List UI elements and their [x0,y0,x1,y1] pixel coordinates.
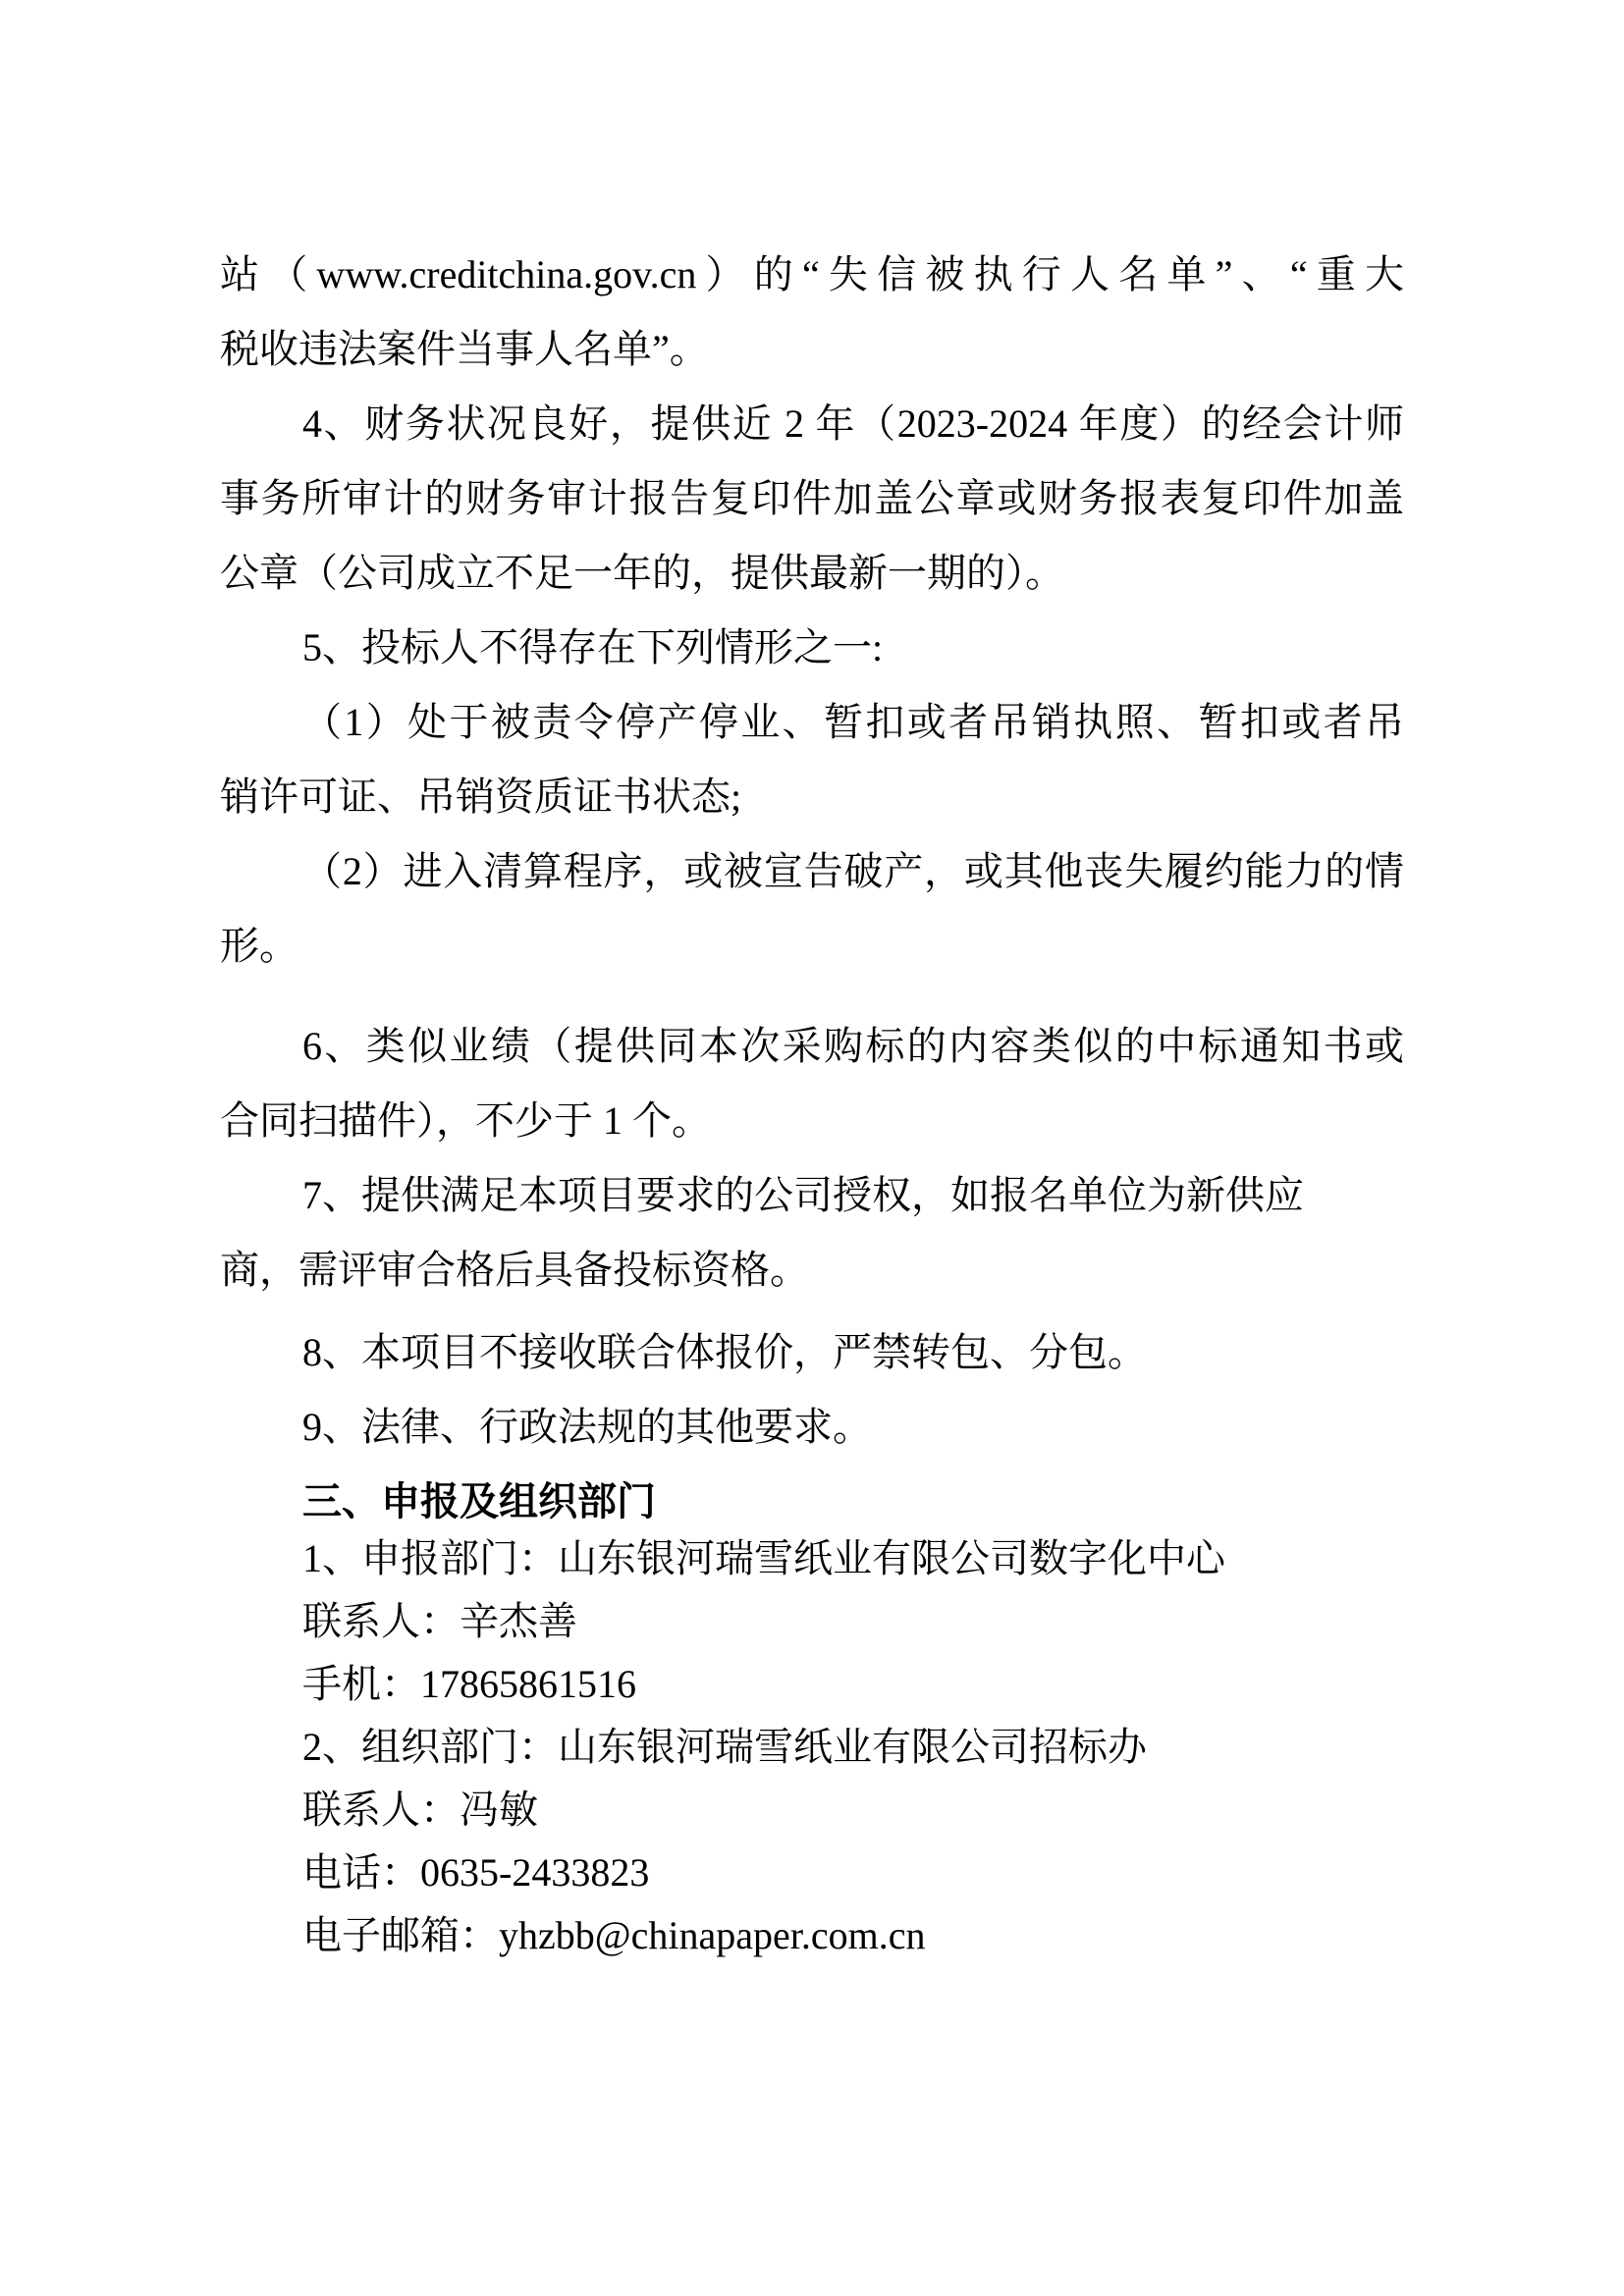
text-line: （1）处于被责令停产停业、暂扣或者吊销执照、暂扣或者吊 [220,685,1404,760]
para-bidder-restrictions: 5、投标人不得存在下列情形之一: [220,611,1404,685]
para-credit-china-continuation: 站（www.creditchina.gov.cn）的“失信被执行人名单”、“重大… [220,238,1404,387]
text-line: 6、类似业绩（提供同本次采购标的内容类似的中标通知书或 [220,1009,1404,1084]
text-line: 手机：17865861516 [220,1653,1404,1716]
text-line: 联系人：冯敏 [220,1779,1404,1842]
text-line: 9、法律、行政法规的其他要求。 [220,1390,1404,1465]
text-line: 形。 [220,909,1404,984]
text-line: 销许可证、吊销资质证书状态; [220,760,1404,834]
line-contact-person-2: 联系人：冯敏 [220,1779,1404,1842]
line-email-address: 电子邮箱：yhzbb@chinapaper.com.cn [220,1904,1404,1967]
line-organize-dept: 2、组织部门：山东银河瑞雪纸业有限公司招标办 [220,1716,1404,1779]
para-other-laws: 9、法律、行政法规的其他要求。 [220,1390,1404,1465]
text-line: 电话：0635-2433823 [220,1842,1404,1904]
text-line: 事务所审计的财务审计报告复印件加盖公章或财务报表复印件加盖 [220,461,1404,536]
text-line: 电子邮箱：yhzbb@chinapaper.com.cn [220,1904,1404,1967]
text-line: （2）进入清算程序，或被宣告破产，或其他丧失履约能力的情 [220,834,1404,909]
text-line: 1、申报部门：山东银河瑞雪纸业有限公司数字化中心 [220,1527,1404,1590]
line-contact-person-1: 联系人：辛杰善 [220,1590,1404,1653]
text-line: 8、本项目不接收联合体报价，严禁转包、分包。 [220,1315,1404,1390]
line-declare-dept: 1、申报部门：山东银河瑞雪纸业有限公司数字化中心 [220,1527,1404,1590]
para-no-consortium: 8、本项目不接收联合体报价，严禁转包、分包。 [220,1315,1404,1390]
text-line: 合同扫描件），不少于 1 个。 [220,1084,1404,1158]
document-page: 站（www.creditchina.gov.cn）的“失信被执行人名单”、“重大… [0,0,1624,2296]
line-mobile-number: 手机：17865861516 [220,1653,1404,1716]
text-line: 商，需评审合格后具备投标资格。 [220,1233,1404,1308]
document-body: 站（www.creditchina.gov.cn）的“失信被执行人名单”、“重大… [220,238,1404,1967]
text-line: 7、提供满足本项目要求的公司授权，如报名单位为新供应 [220,1158,1404,1233]
para-similar-performance: 6、类似业绩（提供同本次采购标的内容类似的中标通知书或 合同扫描件），不少于 1… [220,1009,1404,1158]
text-line: 税收违法案件当事人名单”。 [220,312,1404,387]
text-line: 站（www.creditchina.gov.cn）的“失信被执行人名单”、“重大 [220,238,1404,312]
para-company-authorization: 7、提供满足本项目要求的公司授权，如报名单位为新供应 商，需评审合格后具备投标资… [220,1158,1404,1308]
text-line: 公章（公司成立不足一年的，提供最新一期的）。 [220,536,1404,611]
para-financial-status: 4、财务状况良好，提供近 2 年（2023-2024 年度）的经会计师 事务所审… [220,387,1404,611]
para-clause-2: （2）进入清算程序，或被宣告破产，或其他丧失履约能力的情 形。 [220,834,1404,984]
text-line: 2、组织部门：山东银河瑞雪纸业有限公司招标办 [220,1716,1404,1779]
text-line: 联系人：辛杰善 [220,1590,1404,1653]
para-clause-1: （1）处于被责令停产停业、暂扣或者吊销执照、暂扣或者吊 销许可证、吊销资质证书状… [220,685,1404,834]
text-line: 4、财务状况良好，提供近 2 年（2023-2024 年度）的经会计师 [220,387,1404,461]
text-line: 5、投标人不得存在下列情形之一: [220,611,1404,685]
contact-info-block: 1、申报部门：山东银河瑞雪纸业有限公司数字化中心 联系人：辛杰善 手机：1786… [220,1527,1404,1967]
line-telephone-number: 电话：0635-2433823 [220,1842,1404,1904]
